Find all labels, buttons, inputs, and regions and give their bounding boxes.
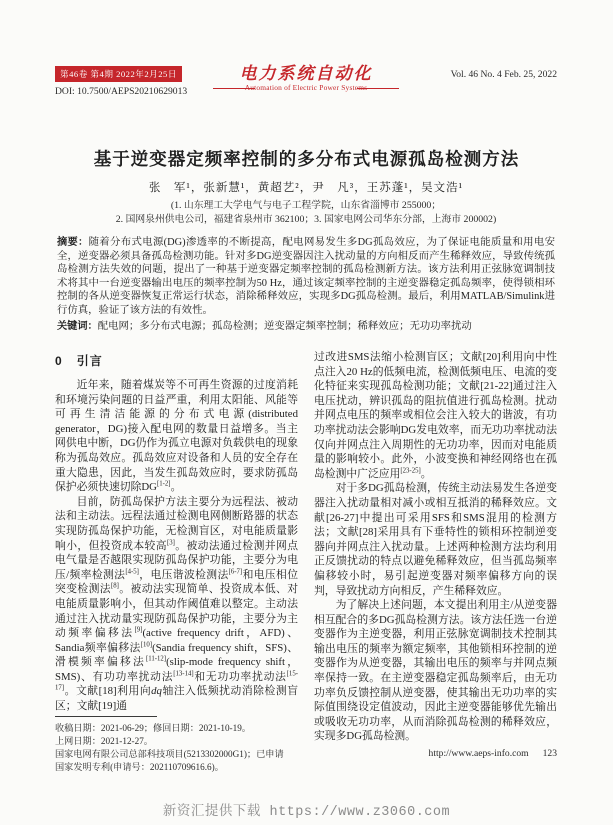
download-watermark: 新资汇提供下载 https://www.z3060.com — [0, 799, 613, 820]
header-rule-right — [357, 88, 399, 89]
affiliations: (1. 山东理工大学电气与电子工程学院，山东省淄博市 255000； 2. 国网… — [55, 199, 557, 226]
volume-info: Vol. 46 No. 4 Feb. 25, 2022 — [451, 69, 557, 80]
right-column: 过改进SMS法缩小检测盲区；文献[20]利用向中性点注入20 Hz的低频电流，检… — [314, 350, 557, 774]
keywords-label: 关键词： — [57, 321, 98, 332]
body-paragraph: 为了解决上述问题，本文提出利用主/从逆变器相互配合的多DG孤岛检测方法。该方法任… — [314, 598, 557, 744]
footnote-block: 收稿日期：2021-06-29；修回日期：2021-10-19。 上网日期：20… — [55, 716, 298, 774]
paper-page: 第46卷 第4期 2022年2月25日 DOI: 10.7500/AEPS202… — [0, 0, 613, 825]
body-paragraph: 对于多DG孤岛检测，传统主动法易发生各逆变器注入扰动量相对减小或相互抵消的稀释效… — [314, 481, 557, 598]
keywords-text: 配电网；多分布式电源；孤岛检测；逆变器定频率控制；稀释效应；无功功率扰动 — [98, 321, 472, 332]
left-column: 0引言 近年来，随着煤炭等不可再生资源的过度消耗和环境污染问题的日益严重，利用太… — [55, 350, 298, 774]
header-left: 第46卷 第4期 2022年2月25日 DOI: 10.7500/AEPS202… — [55, 64, 187, 97]
footnote-line: 上网日期：2021-12-27。 — [55, 735, 298, 748]
body-paragraph: 目前，防孤岛保护方法主要分为远程法、被动法和主动法。远程法通过检测电网侧断路器的… — [55, 495, 298, 714]
paper-title: 基于逆变器定频率控制的多分布式电源孤岛检测方法 — [40, 146, 573, 171]
page-footer: http://www.aeps-info.com123 — [429, 748, 557, 759]
abstract-text: 随着分布式电源(DG)渗透率的不断提高，配电网易发生多DG孤岛效应，为了保证电能… — [57, 237, 555, 316]
two-column-body: 0引言 近年来，随着煤炭等不可再生资源的过度消耗和环境污染问题的日益严重，利用太… — [55, 350, 557, 774]
footnote-line: 国家发明专利(申请号：202110709616.6)。 — [55, 761, 298, 774]
section-title: 引言 — [77, 354, 103, 368]
abstract-paragraph: 摘要：随着分布式电源(DG)渗透率的不断提高，配电网易发生多DG孤岛效应，为了保… — [57, 236, 555, 317]
body-paragraph: 近年来，随着煤炭等不可再生资源的过度消耗和环境污染问题的日益严重，利用太阳能、风… — [55, 378, 298, 495]
section-number: 0 — [55, 354, 63, 368]
body-paragraph: 过改进SMS法缩小检测盲区；文献[20]利用向中性点注入20 Hz的低频电流，检… — [314, 350, 557, 481]
journal-name-cn: 电力系统自动化 — [211, 64, 401, 83]
issue-date-badge: 第46卷 第4期 2022年2月25日 — [55, 66, 182, 82]
affiliation-line: (1. 山东理工大学电气与电子工程学院，山东省淄博市 255000； — [55, 199, 557, 213]
footnote-line: 收稿日期：2021-06-29；修回日期：2021-10-19。 — [55, 722, 298, 735]
page-number: 123 — [543, 748, 557, 759]
doi-text: DOI: 10.7500/AEPS20210629013 — [55, 86, 187, 97]
author-list: 张 军¹，张新慧¹，黄超艺²，尹 凡³，王苏蓬¹，吴文浩¹ — [55, 179, 557, 195]
keywords-paragraph: 关键词：配电网；多分布式电源；孤岛检测；逆变器定频率控制；稀释效应；无功功率扰动 — [57, 320, 555, 334]
journal-header: 第46卷 第4期 2022年2月25日 DOI: 10.7500/AEPS202… — [55, 64, 557, 106]
footnote-line: 国家电网有限公司总部科技项目(5213302000G1)；已申请 — [55, 748, 298, 761]
footnote-divider — [55, 716, 157, 717]
journal-url: http://www.aeps-info.com — [429, 748, 529, 759]
abstract-block: 摘要：随着分布式电源(DG)渗透率的不断提高，配电网易发生多DG孤岛效应，为了保… — [57, 236, 555, 334]
section-heading-intro: 0引言 — [55, 352, 298, 369]
abstract-label: 摘要： — [57, 237, 89, 248]
affiliation-line: 2. 国网泉州供电公司，福建省泉州市 362100；3. 国家电网公司华东分部，… — [55, 213, 557, 227]
